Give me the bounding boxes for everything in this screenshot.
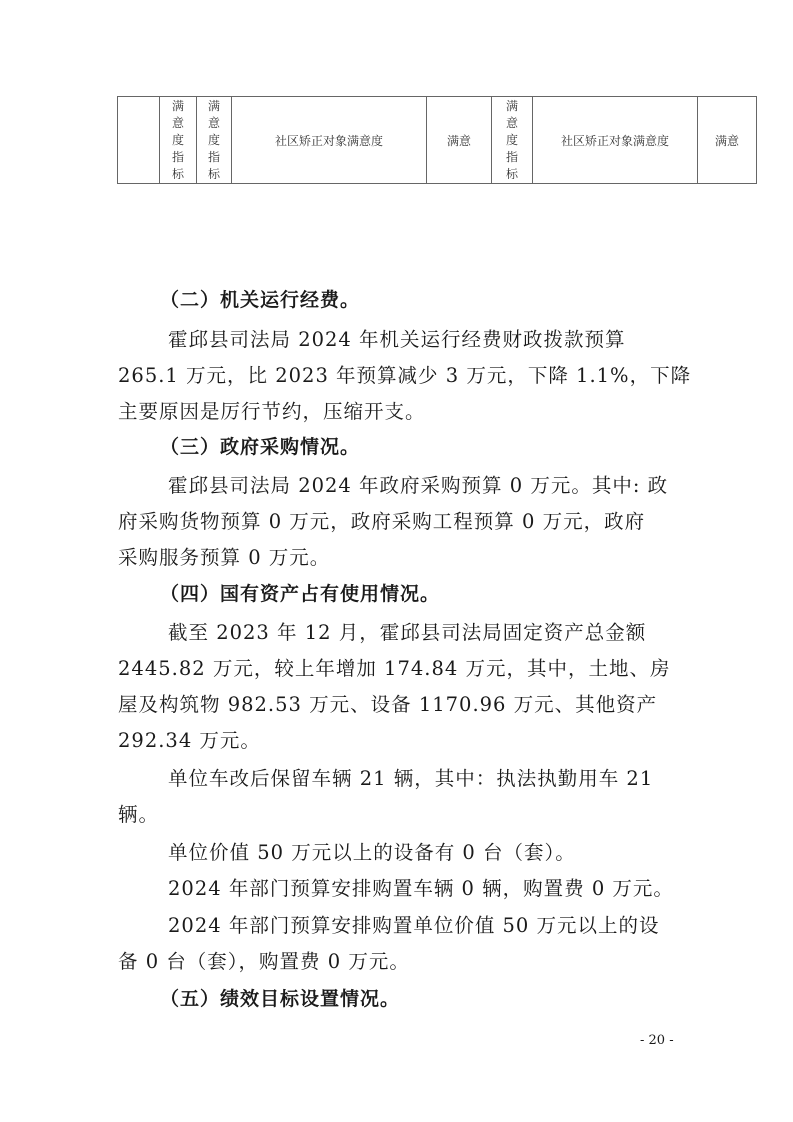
paragraph-line: 霍邱县司法局 2024 年机关运行经费财政拨款预算 [168,324,728,352]
paragraph-line: 采购服务预算 0 万元。 [118,542,678,570]
table-cell-indicator-level2-b: 满 意 度 指 标 [492,97,533,184]
paragraph-line: 292.34 万元。 [118,725,678,753]
section-heading-procurement: （三）政府采购情况。 [160,432,720,459]
cell-text: 满 意 度 指 标 [506,99,518,181]
paragraph-line: 备 0 台（套），购置费 0 万元。 [118,946,678,974]
cell-text: 满 意 度 指 标 [208,99,220,181]
paragraph-line: 屋及构筑物 982.53 万元、设备 1170.96 万元、其他资产 [118,689,678,717]
paragraph-line: 单位车改后保留车辆 21 辆，其中：执法执勤用车 21 [168,763,728,791]
paragraph-line: 霍邱县司法局 2024 年政府采购预算 0 万元。其中: 政 [168,470,728,498]
section-heading-state-assets: （四）国有资产占有使用情况。 [160,579,720,606]
page-number: - 20 - [640,1033,674,1048]
cell-text: 满 意 度 指 标 [172,99,184,181]
table-cell-empty [118,97,160,184]
table-cell-indicator-name: 社区矫正对象满意度 [232,97,427,184]
table-row: 满 意 度 指 标 满 意 度 指 标 社区矫正对象满意度 满意 满 意 度 指… [118,97,757,184]
performance-indicator-table: 满 意 度 指 标 满 意 度 指 标 社区矫正对象满意度 满意 满 意 度 指… [117,96,757,184]
paragraph-line: 2445.82 万元，较上年增加 174.84 万元，其中，土地、房 [118,653,678,681]
paragraph-line: 截至 2023 年 12 月，霍邱县司法局固定资产总金额 [168,617,728,645]
paragraph-line: 辆。 [118,799,678,827]
section-heading-operating-costs: （二）机关运行经费。 [160,285,720,312]
paragraph-line: 2024 年部门预算安排购置车辆 0 辆，购置费 0 万元。 [168,873,728,901]
paragraph-line: 2024 年部门预算安排购置单位价值 50 万元以上的设 [168,910,728,938]
paragraph-line: 主要原因是厉行节约，压缩开支。 [118,396,678,424]
table-cell-indicator-value: 满意 [427,97,492,184]
table-cell-indicator-name-b: 社区矫正对象满意度 [533,97,698,184]
paragraph-line: 府采购货物预算 0 万元，政府采购工程预算 0 万元，政府 [118,506,678,534]
paragraph-line: 265.1 万元，比 2023 年预算减少 3 万元，下降 1.1%，下降 [118,360,678,388]
paragraph-line: 单位价值 50 万元以上的设备有 0 台（套）。 [168,837,728,865]
table-cell-indicator-value-b: 满意 [698,97,757,184]
table-cell-indicator-level2: 满 意 度 指 标 [197,97,232,184]
section-heading-performance-goals: （五）绩效目标设置情况。 [160,984,720,1011]
table-cell-indicator-level1: 满 意 度 指 标 [160,97,197,184]
